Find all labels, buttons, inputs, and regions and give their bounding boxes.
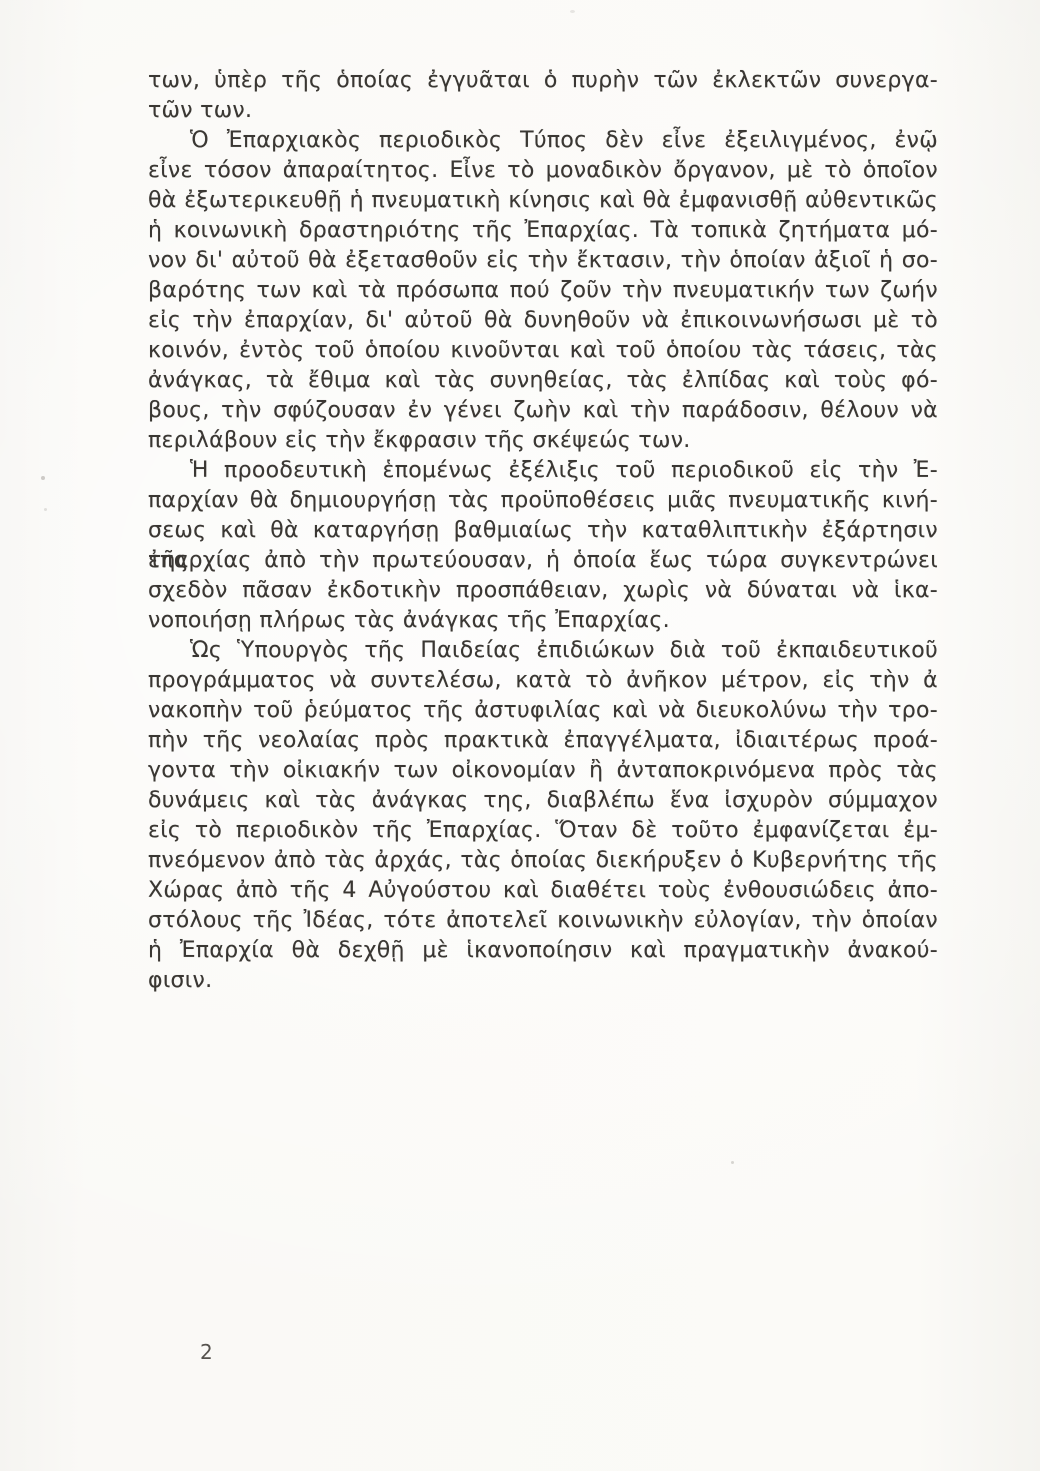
- paragraph: Ὁ Ἐπαρχιακὸς περιοδικὸς Τύπος δὲν εἶνε ἐ…: [148, 126, 938, 456]
- text-line: ἐπαρχίας ἀπὸ τὴν πρωτεύουσαν, ἡ ὁποία ἕω…: [148, 546, 938, 576]
- paper-speck: [570, 10, 575, 13]
- page-number: 2: [200, 1340, 213, 1364]
- text-line: των, ὑπὲρ τῆς ὁποίας ἐγγυᾶται ὁ πυρὴν τῶ…: [148, 66, 938, 96]
- text-line: φισιν.: [148, 966, 938, 996]
- text-line: βους, τὴν σφύζουσαν ἐν γένει ζωὴν καὶ τὴ…: [148, 396, 938, 426]
- text-line: κοινόν, ἐντὸς τοῦ ὁποίου κινοῦνται καὶ τ…: [148, 336, 938, 366]
- text-line: ἡ κοινωνικὴ δραστηριότης τῆς Ἐπαρχίας. Τ…: [148, 216, 938, 246]
- text-line: βαρότης των καὶ τὰ πρόσωπα πού ζοῦν τὴν …: [148, 276, 938, 306]
- text-line: προγράμματος νὰ συντελέσω, κατὰ τὸ ἀνῆκο…: [148, 666, 938, 696]
- text-line: Ἡ προοδευτικὴ ἑπομένως ἐξέλιξις τοῦ περι…: [148, 456, 938, 486]
- body-text: των, ὑπὲρ τῆς ὁποίας ἐγγυᾶται ὁ πυρὴν τῶ…: [148, 66, 938, 996]
- scanned-document-page: των, ὑπὲρ τῆς ὁποίας ἐγγυᾶται ὁ πυρὴν τῶ…: [0, 0, 1040, 1471]
- text-line: εἶνε τόσον ἀπαραίτητος. Εἶνε τὸ μοναδικὸ…: [148, 156, 938, 186]
- paper-speck: [44, 508, 47, 511]
- text-line: Χώρας ἀπὸ τῆς 4 Αὐγούστου καὶ διαθέτει τ…: [148, 876, 938, 906]
- text-line: εἰς τὸ περιοδικὸν τῆς Ἐπαρχίας. Ὅταν δὲ …: [148, 816, 938, 846]
- text-line: νακοπὴν τοῦ ῥεύματος τῆς ἀστυφιλίας καὶ …: [148, 696, 938, 726]
- text-line: πνεόμενον ἀπὸ τὰς ἀρχάς, τὰς ὁποίας διεκ…: [148, 846, 938, 876]
- paragraph: Ὡς Ὑπουργὸς τῆς Παιδείας ἐπιδιώκων διὰ τ…: [148, 636, 938, 996]
- text-line: θὰ ἐξωτερικευθῇ ἡ πνευματικὴ κίνησις καὶ…: [148, 186, 938, 216]
- text-line: νοποιήσῃ πλήρως τὰς ἀνάγκας τῆς Ἐπαρχίας…: [148, 606, 938, 636]
- text-line: πὴν τῆς νεολαίας πρὸς πρακτικὰ ἐπαγγέλμα…: [148, 726, 938, 756]
- text-line: περιλάβουν εἰς τὴν ἔκφρασιν τῆς σκέψεώς …: [148, 426, 938, 456]
- text-line: δυνάμεις καὶ τὰς ἀνάγκας της, διαβλέπω ἕ…: [148, 786, 938, 816]
- paper-speck: [41, 476, 45, 480]
- paper-speck: [731, 1161, 734, 1164]
- text-line: ἀνάγκας, τὰ ἔθιμα καὶ τὰς συνηθείας, τὰς…: [148, 366, 938, 396]
- text-line: γοντα τὴν οἰκιακήν των οἰκονομίαν ἢ ἀντα…: [148, 756, 938, 786]
- text-line: τῶν των.: [148, 96, 938, 126]
- text-line: σχεδὸν πᾶσαν ἐκδοτικὴν προσπάθειαν, χωρὶ…: [148, 576, 938, 606]
- text-line: Ὡς Ὑπουργὸς τῆς Παιδείας ἐπιδιώκων διὰ τ…: [148, 636, 938, 666]
- text-line: Ὁ Ἐπαρχιακὸς περιοδικὸς Τύπος δὲν εἶνε ἐ…: [148, 126, 938, 156]
- text-line: σεως καὶ θὰ καταργήσῃ βαθμιαίως τὴν κατα…: [148, 516, 938, 546]
- paragraph: των, ὑπὲρ τῆς ὁποίας ἐγγυᾶται ὁ πυρὴν τῶ…: [148, 66, 938, 126]
- paragraph: Ἡ προοδευτικὴ ἑπομένως ἐξέλιξις τοῦ περι…: [148, 456, 938, 636]
- text-line: εἰς τὴν ἐπαρχίαν, δι' αὐτοῦ θὰ δυνηθοῦν …: [148, 306, 938, 336]
- text-line: παρχίαν θὰ δημιουργήσῃ τὰς προϋποθέσεις …: [148, 486, 938, 516]
- text-line: νον δι' αὐτοῦ θὰ ἐξετασθοῦν εἰς τὴν ἔκτα…: [148, 246, 938, 276]
- text-line: ἡ Ἐπαρχία θὰ δεχθῇ μὲ ἱκανοποίησιν καὶ π…: [148, 936, 938, 966]
- text-line: στόλους τῆς Ἰδέας, τότε ἀποτελεῖ κοινωνι…: [148, 906, 938, 936]
